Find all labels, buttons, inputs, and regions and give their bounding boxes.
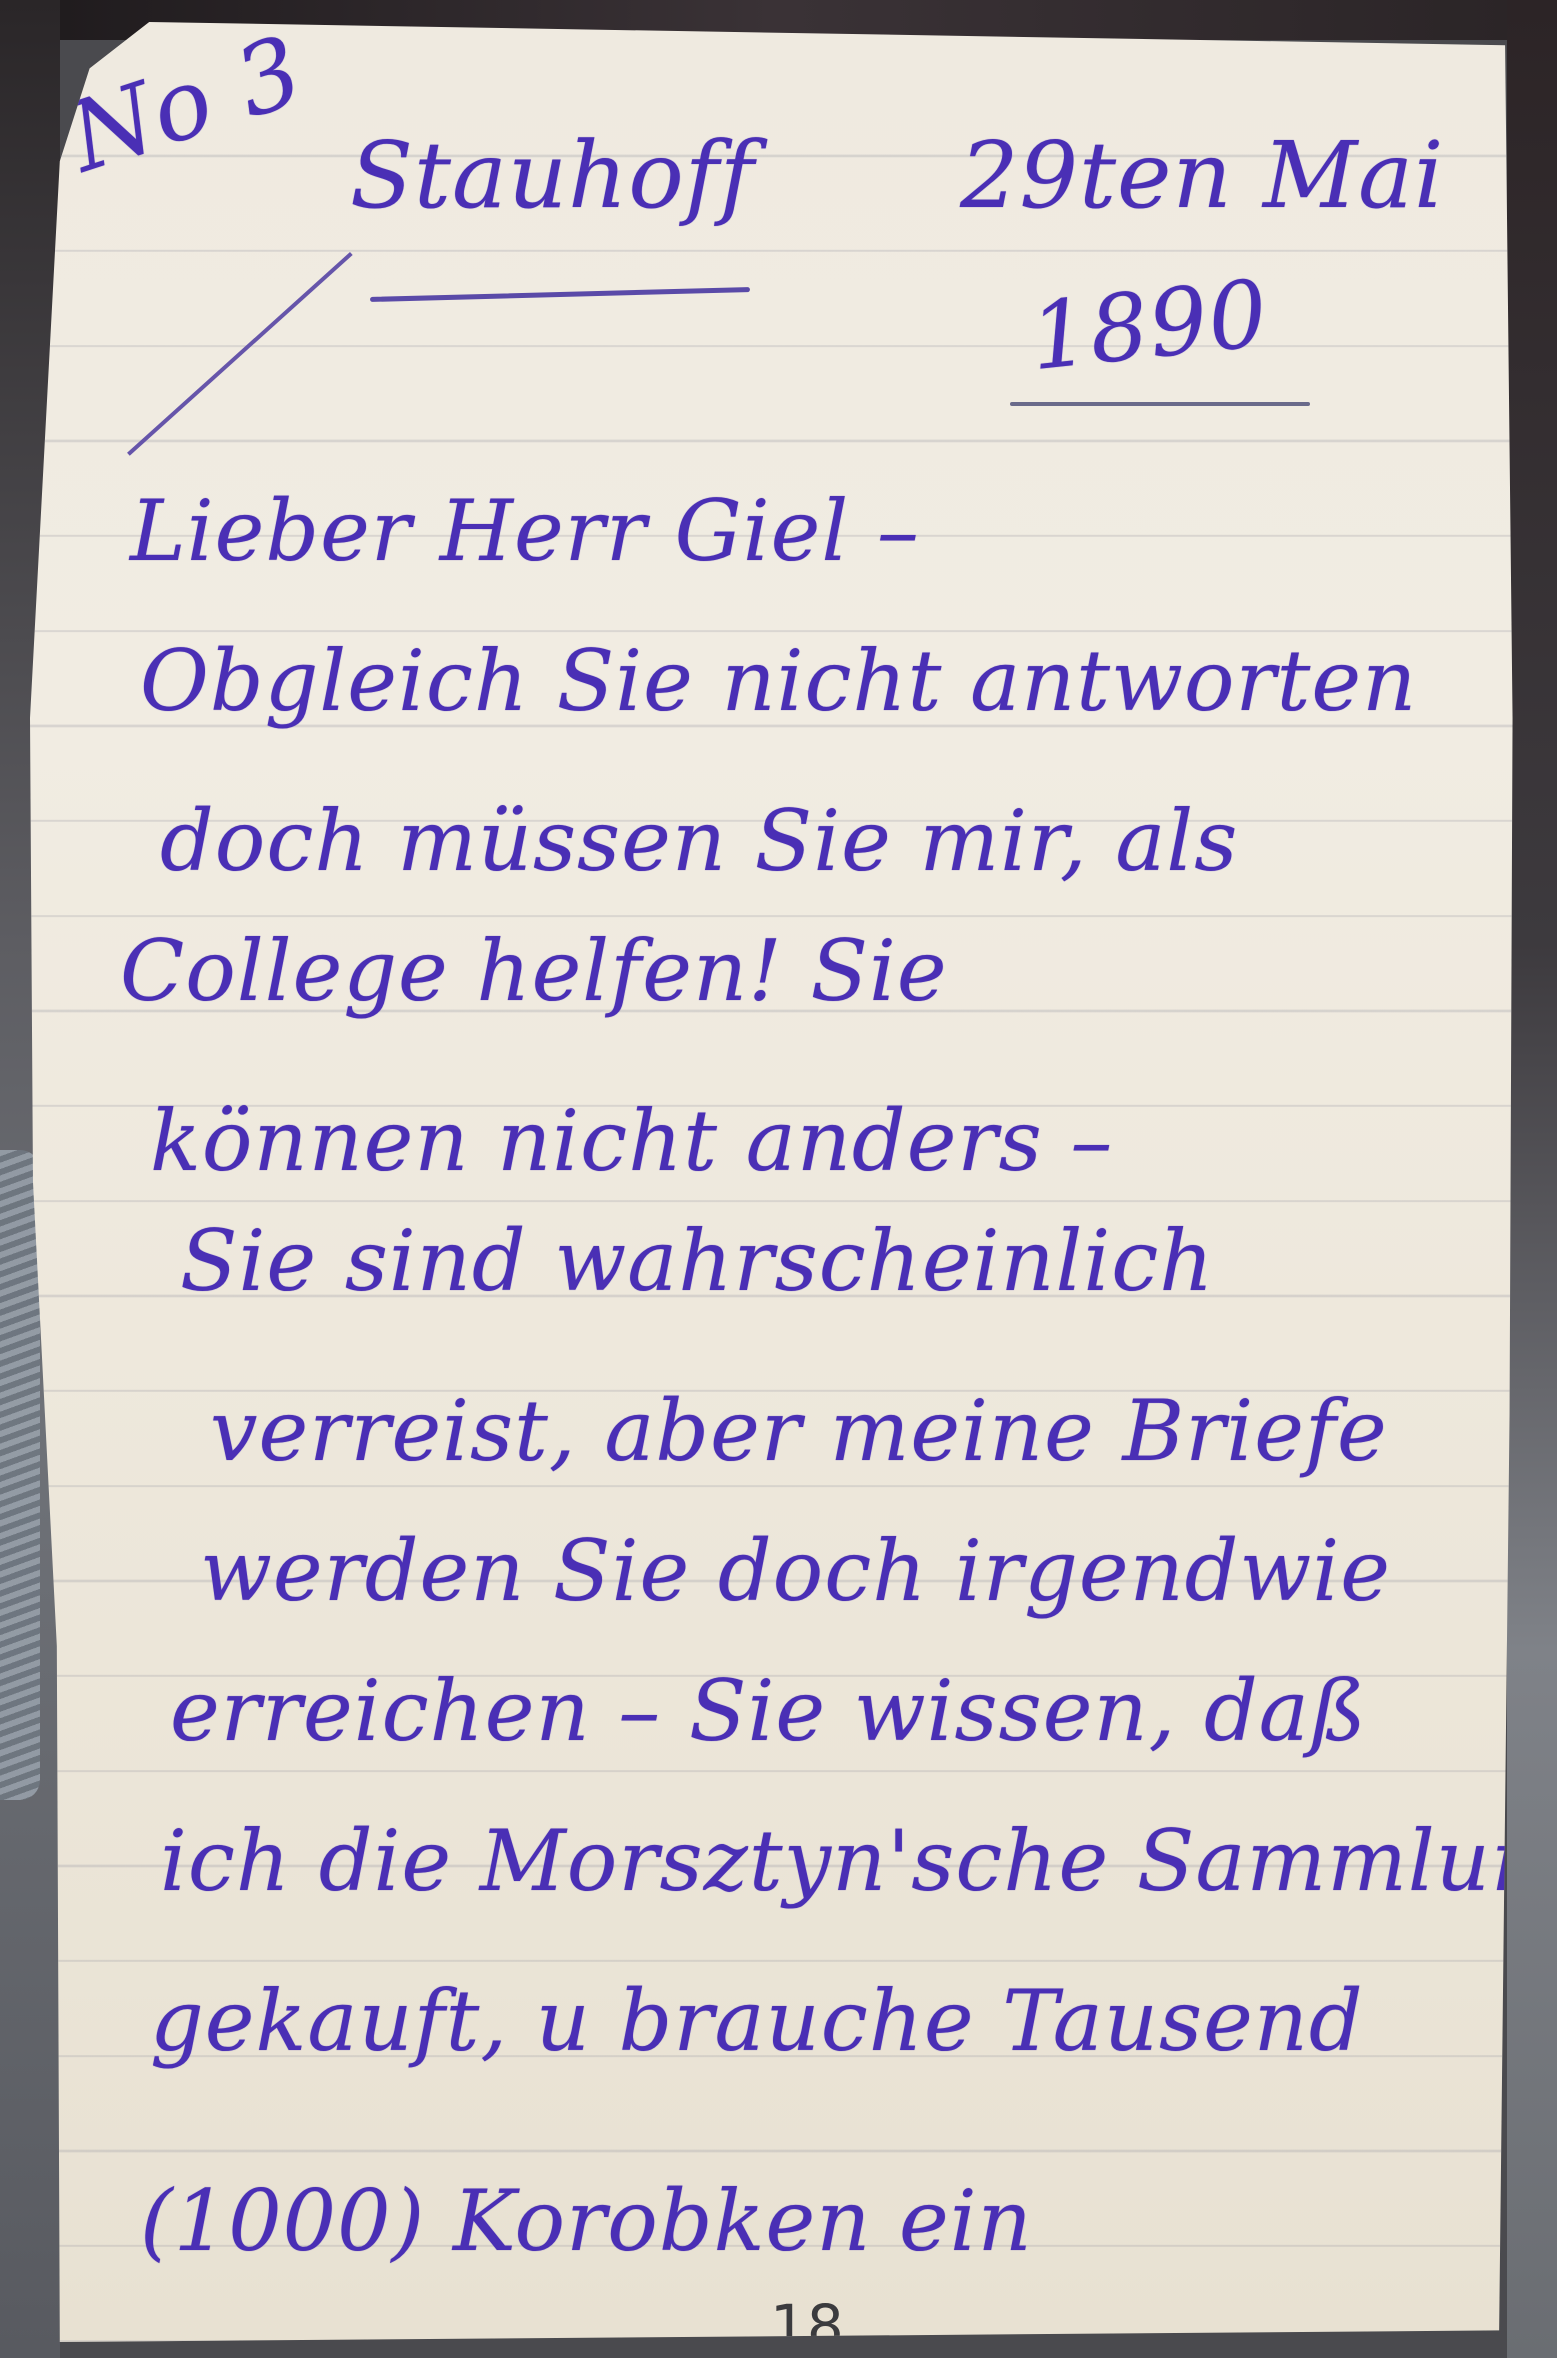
letter-date: 29ten Mai bbox=[960, 122, 1444, 229]
body-line-6: verreist, aber meine Briefe bbox=[210, 1382, 1388, 1480]
body-line-2: doch müssen Sie mir, als bbox=[160, 792, 1238, 890]
letter-place: Stauhoff bbox=[350, 122, 755, 229]
letter-sheet: No 3 Stauhoff 29ten Mai 1890 Lieber Herr… bbox=[30, 22, 1520, 2342]
salutation: Lieber Herr Giel – bbox=[130, 482, 920, 580]
body-line-8: erreichen – Sie wissen, daß bbox=[170, 1662, 1367, 1760]
body-line-11: (1000) Korobken ein bbox=[140, 2172, 1033, 2270]
body-line-1: Obgleich Sie nicht antworten bbox=[140, 632, 1417, 730]
body-line-3: College helfen! Sie bbox=[120, 922, 948, 1020]
year-underline bbox=[1010, 402, 1310, 406]
body-line-7: werden Sie doch irgendwie bbox=[200, 1522, 1391, 1620]
archive-page-number: 18 bbox=[770, 2292, 844, 2358]
photo-backdrop-right bbox=[1507, 0, 1557, 2358]
body-line-4: können nicht anders – bbox=[150, 1092, 1113, 1190]
body-line-5: Sie sind wahrscheinlich bbox=[180, 1212, 1214, 1310]
body-line-9: ich die Morsztyn'sche Sammlung bbox=[160, 1812, 1557, 1910]
fabric-background bbox=[0, 1150, 40, 1800]
body-line-10: gekauft, u brauche Tausend bbox=[150, 1972, 1364, 2070]
